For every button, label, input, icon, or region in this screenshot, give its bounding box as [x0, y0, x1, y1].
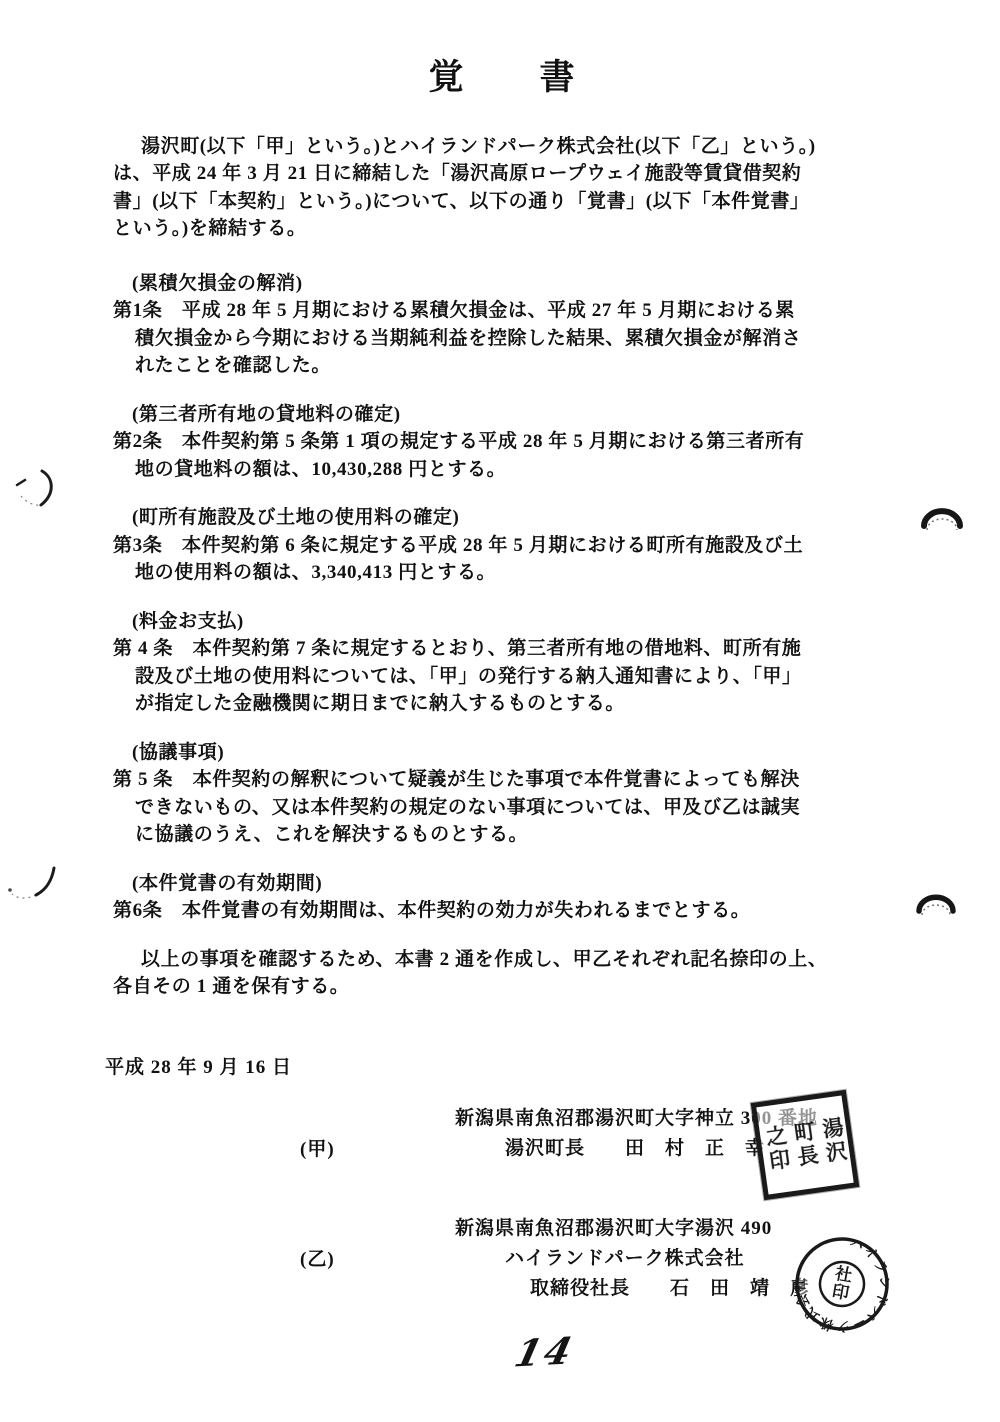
article-5-heading: (協議事項)	[113, 739, 892, 767]
seal-center-char: 印	[831, 1282, 851, 1304]
otsu-address: 新潟県南魚沼郡湯沢町大字湯沢 490	[455, 1214, 810, 1244]
article-6-line: 第6条 本件覚書の有効期間は、本件契約の効力が失われるまでとする。	[113, 897, 892, 925]
article-5-line: できないもの、又は本件契約の規定のない事項については、甲及び乙は誠実	[113, 794, 892, 822]
article-2-line: 第2条 本件契約第 5 条第 1 項の規定する平成 28 年 5 月期における第…	[113, 428, 892, 456]
article-5-line: 第 5 条 本件契約の解釈について疑義が生じた事項で本件覚書によっても解決	[113, 766, 892, 794]
article-3: (町所有施設及び土地の使用料の確定) 第3条 本件契約第 6 条に規定する平成 …	[113, 504, 892, 587]
article-1: (累積欠損金の解消) 第1条 平成 28 年 5 月期における累積欠損金は、平成…	[113, 270, 892, 380]
handwritten-page-number: 14	[510, 1329, 579, 1376]
article-4: (料金お支払) 第 4 条 本件契約第 7 条に規定するとおり、第三者所有地の借…	[113, 608, 892, 718]
preamble: 湯沢町(以下「甲」という。)とハイランドパーク株式会社(以下「乙」という。) は…	[113, 133, 892, 243]
punch-hole-scan-mark	[921, 504, 963, 534]
article-3-heading: (町所有施設及び土地の使用料の確定)	[113, 504, 892, 532]
company-round-seal-otsu: ハイランドパーク株式会社 社 印	[783, 1226, 901, 1342]
article-3-line: 第3条 本件契約第 6 条に規定する平成 28 年 5 月期における町所有施設及…	[113, 532, 892, 560]
document-body: 覚 書 湯沢町(以下「甲」という。)とハイランドパーク株式会社(以下「乙」という…	[0, 0, 1000, 1001]
document-title: 覚 書	[113, 56, 892, 100]
official-square-seal-kou: 湯沢 町長 之印	[751, 1090, 860, 1200]
article-1-line: 第1条 平成 28 年 5 月期における累積欠損金は、平成 27 年 5 月期に…	[113, 297, 892, 325]
closing-line: 以上の事項を確認するため、本書 2 通を作成し、甲乙それぞれ記名捺印の上、	[113, 946, 892, 974]
article-4-heading: (料金お支払)	[113, 608, 892, 636]
article-4-line: 第 4 条 本件契約第 7 条に規定するとおり、第三者所有地の借地料、町所有施	[113, 635, 892, 663]
article-5: (協議事項) 第 5 条 本件契約の解釈について疑義が生じた事項で本件覚書によっ…	[113, 739, 892, 849]
article-1-heading: (累積欠損金の解消)	[113, 270, 892, 298]
party-label-kou: (甲)	[300, 1134, 360, 1164]
signature-otsu-body: 新潟県南魚沼郡湯沢町大字湯沢 490 ハイランドパーク株式会社 取締役社長 石 …	[455, 1214, 810, 1304]
execution-date: 平成 28 年 9 月 16 日	[105, 1052, 292, 1079]
article-1-line: れたことを確認した。	[113, 352, 892, 380]
article-4-line: が指定した金融機関に期日までに納入するものとする。	[113, 690, 892, 718]
punch-hole-scan-mark	[6, 864, 60, 908]
preamble-line: という。)を締結する。	[113, 215, 892, 243]
closing-line: 各自その 1 通を保有する。	[113, 973, 892, 1001]
article-3-line: 地の使用料の額は、3,340,413 円とする。	[113, 559, 892, 587]
article-6-heading: (本件覚書の有効期間)	[113, 870, 892, 898]
seal-text-column: 湯沢	[820, 1116, 847, 1166]
otsu-name-line: 取締役社長 石 田 靖 彦	[455, 1274, 810, 1304]
article-2: (第三者所有地の貸地料の確定) 第2条 本件契約第 5 条第 1 項の規定する平…	[113, 401, 892, 484]
punch-hole-scan-mark	[12, 468, 60, 514]
article-2-line: 地の貸地料の額は、10,430,288 円とする。	[113, 456, 892, 484]
memorandum-page: 覚 書 湯沢町(以下「甲」という。)とハイランドパーク株式会社(以下「乙」という…	[0, 0, 1000, 1422]
article-2-heading: (第三者所有地の貸地料の確定)	[113, 401, 892, 429]
signature-block-otsu: (乙) 新潟県南魚沼郡湯沢町大字湯沢 490 ハイランドパーク株式会社 取締役社…	[300, 1214, 810, 1304]
signature-block-kou: (甲) 新潟県南魚沼郡湯沢町大字神立 300 番地 湯沢町長 田 村 正 幸	[300, 1104, 818, 1164]
preamble-line: 書」(以下「本契約」という。)について、以下の通り「覚書」(以下「本件覚書」	[113, 188, 892, 216]
preamble-line: は、平成 24 年 3 月 21 日に締結した「湯沢高原ロープウェイ施設等賃貸借…	[113, 160, 892, 188]
party-label-otsu: (乙)	[300, 1244, 360, 1304]
otsu-company-line: ハイランドパーク株式会社	[455, 1244, 810, 1274]
preamble-line: 湯沢町(以下「甲」という。)とハイランドパーク株式会社(以下「乙」という。)	[113, 133, 892, 161]
closing-paragraph: 以上の事項を確認するため、本書 2 通を作成し、甲乙それぞれ記名捺印の上、 各自…	[113, 946, 892, 1001]
article-1-line: 積欠損金から今期における当期純利益を控除した結果、累積欠損金が解消さ	[113, 325, 892, 353]
article-5-line: に協議のうえ、これを解決するものとする。	[113, 821, 892, 849]
seal-text-column: 之印	[763, 1124, 790, 1174]
seal-text-column: 町長	[791, 1120, 818, 1170]
article-4-line: 設及び土地の使用料については、「甲」の発行する納入通知書により、「甲」	[113, 663, 892, 691]
punch-hole-scan-mark	[915, 889, 957, 919]
article-6: (本件覚書の有効期間) 第6条 本件覚書の有効期間は、本件契約の効力が失われるま…	[113, 870, 892, 925]
